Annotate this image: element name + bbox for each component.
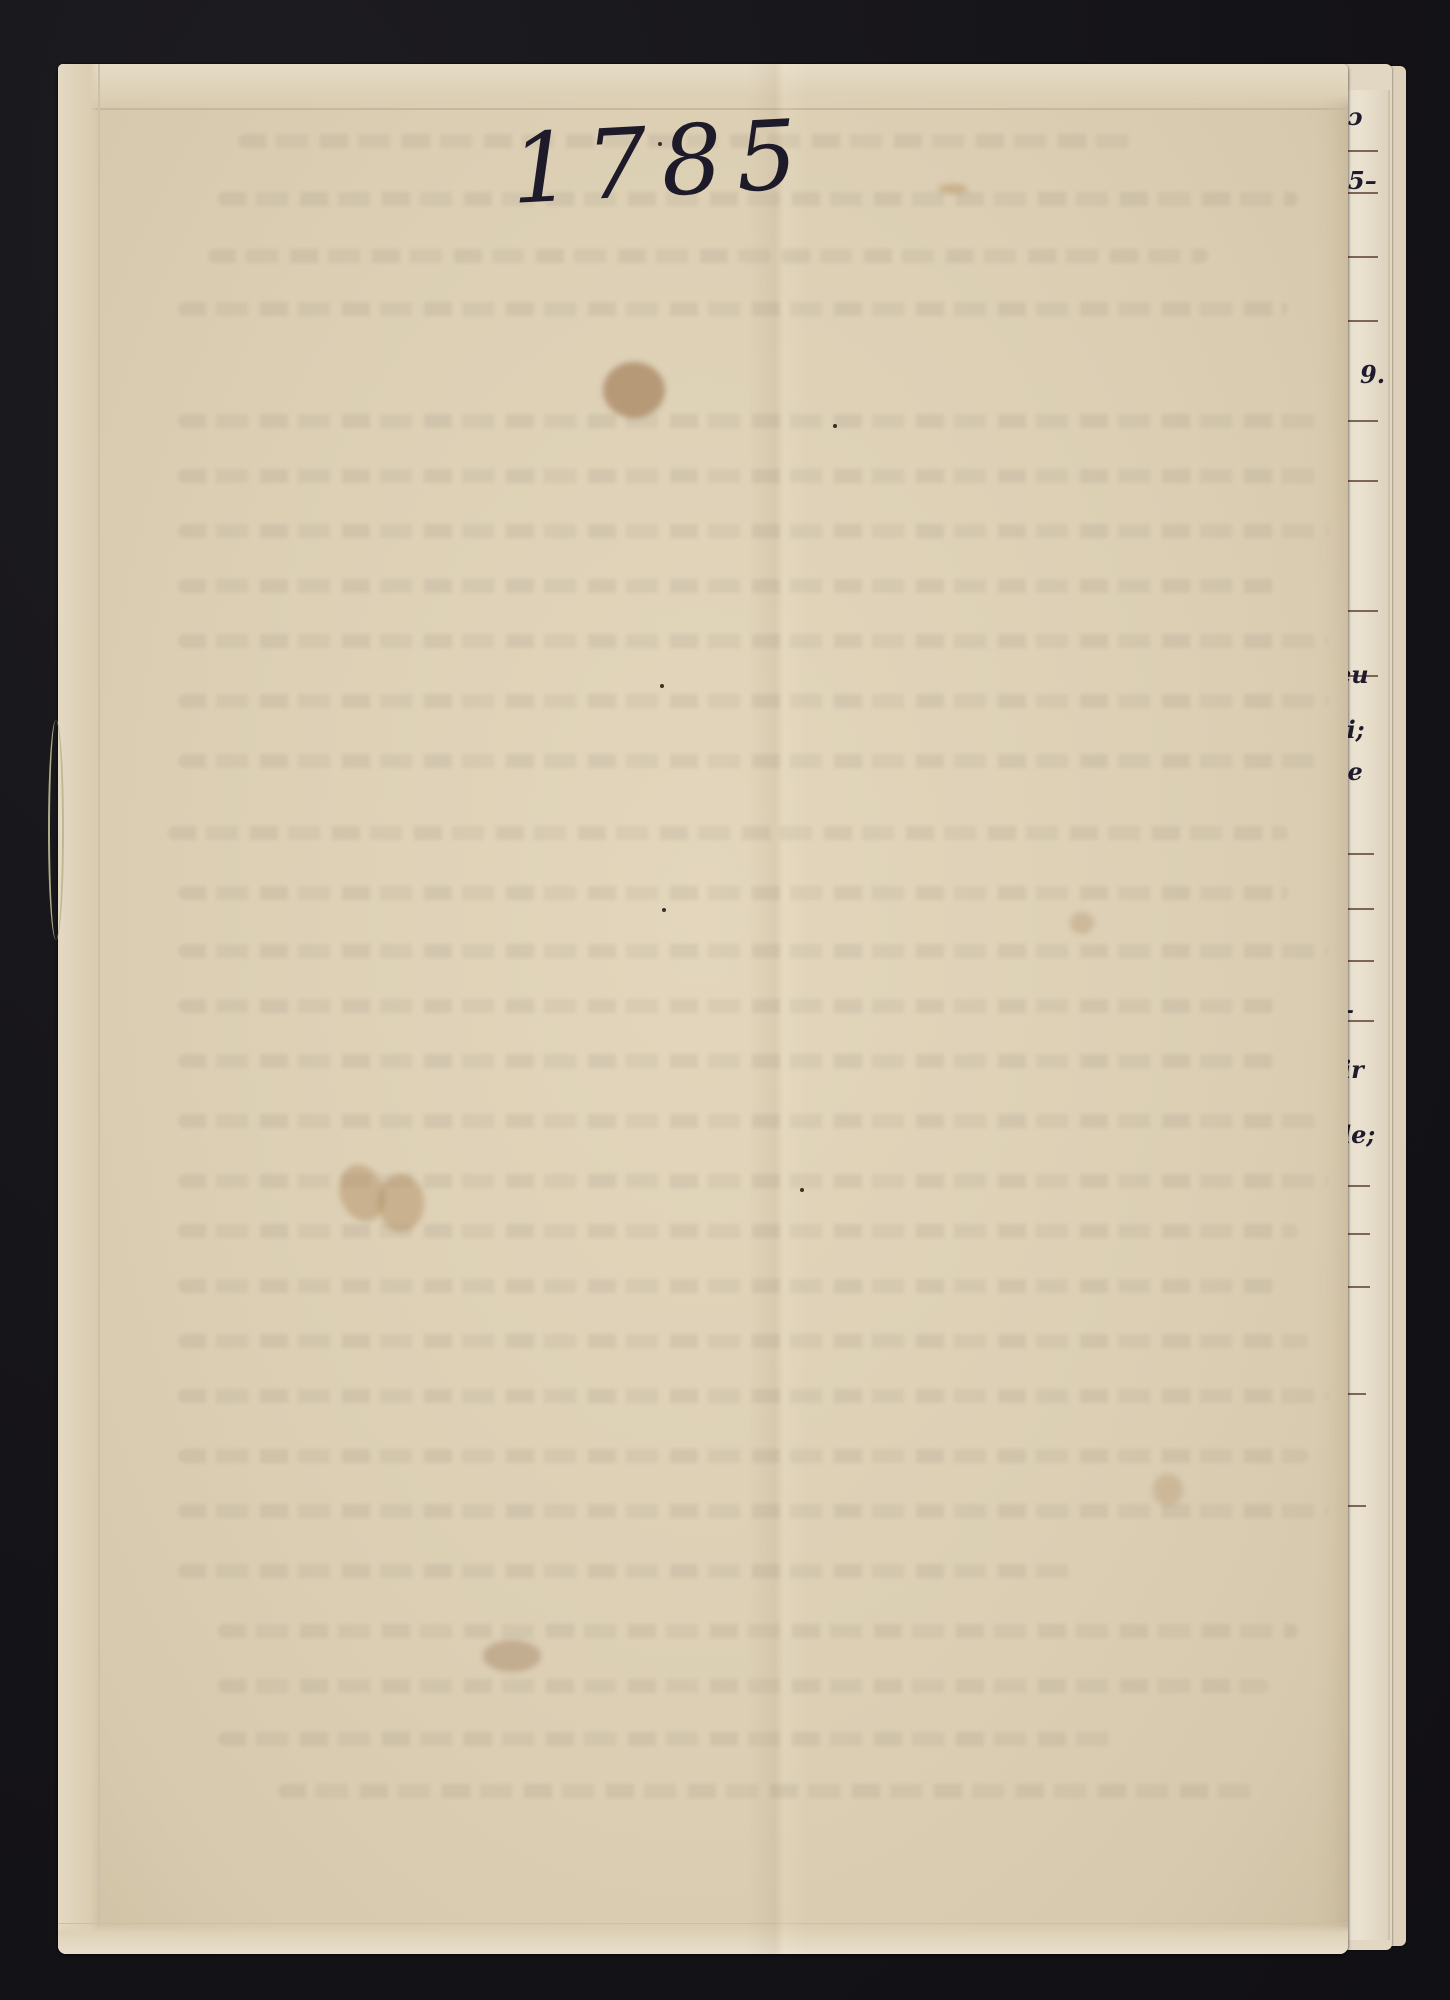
- bleed-through-line: [178, 634, 1328, 648]
- bleed-through-line: [178, 1114, 1318, 1128]
- bleed-through-line: [278, 1784, 1258, 1798]
- bleed-through-line: [218, 1732, 1118, 1746]
- speck: [660, 684, 664, 688]
- bleed-through-line: [178, 1334, 1308, 1348]
- bleed-through-line: [178, 469, 1318, 483]
- bleed-through-line: [178, 1224, 1298, 1238]
- bleed-through-line: [178, 1389, 1328, 1403]
- bleed-through-line: [178, 414, 1318, 428]
- bleed-through-line: [178, 886, 1288, 900]
- bleed-through-line: [178, 302, 1288, 316]
- bottom-fold-edge: [58, 1923, 1348, 1954]
- stain: [938, 184, 968, 194]
- bleed-through-line: [178, 999, 1278, 1013]
- bleed-through-line: [178, 944, 1328, 958]
- speck: [833, 424, 837, 428]
- stain: [1070, 912, 1094, 934]
- bleed-through-line: [218, 1624, 1298, 1638]
- year-heading: 1785: [508, 98, 814, 226]
- margin-fragment: 5–: [1348, 166, 1377, 195]
- water-stain: [378, 1174, 424, 1232]
- bleed-through-line: [178, 694, 1328, 708]
- stain: [483, 1640, 541, 1672]
- speck: [662, 908, 666, 912]
- bleed-through-line: [178, 1504, 1328, 1518]
- bleed-through-line: [178, 1054, 1278, 1068]
- manuscript-page: 1785: [58, 64, 1348, 1954]
- left-fold-edge: [58, 64, 100, 1954]
- bleed-through-line: [178, 1449, 1308, 1463]
- binding-thread: [48, 720, 64, 940]
- bleed-through-line: [178, 754, 1318, 768]
- bleed-through-line: [218, 1679, 1268, 1693]
- bleed-through-line: [178, 1564, 1078, 1578]
- bleed-through-line: [178, 524, 1328, 538]
- bleed-through-line: [178, 579, 1278, 593]
- bleed-through-line: [168, 826, 1288, 840]
- margin-fragment: 9.: [1360, 360, 1385, 389]
- bleed-through-line: [208, 249, 1208, 263]
- bleed-through-line: [178, 1279, 1278, 1293]
- margin-fragment: ɔ: [1348, 102, 1363, 131]
- stain: [1153, 1474, 1183, 1506]
- ink-stain: [603, 362, 665, 418]
- speck: [800, 1188, 804, 1192]
